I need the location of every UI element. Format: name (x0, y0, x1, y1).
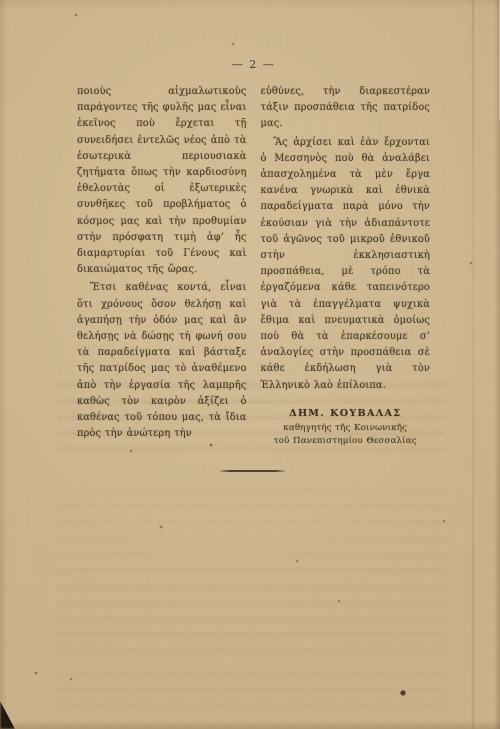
bottom-left-corner-shadow (0, 701, 15, 729)
scanned-document-page: — 2 — ποιοὺς αἰχμαλωτικοὺς παράγοντες τῆ… (0, 0, 500, 729)
paragraph-continuation: ποιοὺς αἰχμαλωτικοὺς παράγοντες τῆς φυλῆ… (77, 84, 247, 278)
foxing-specks (0, 0, 2, 2)
text-columns: ποιοὺς αἰχμαλωτικοὺς παράγοντες τῆς φυλῆ… (77, 84, 430, 448)
signature-name: ΔΗΜ. ΚΟΥΒΑΛΑΣ (261, 406, 431, 422)
left-column: ποιοὺς αἰχμαλωτικοὺς παράγοντες τῆς φυλῆ… (77, 84, 247, 448)
reverse-side-show-through (58, 488, 445, 658)
paragraph-continuation: εὐθύνες, τὴν διαρκεστέραν τάξιν προσπάθε… (261, 84, 431, 133)
page-number: — 2 — (77, 58, 430, 71)
paragraph: Ἂς ἀρχίσει καὶ ἐὰν ἔρχονται ὁ Μεσσηνὸς π… (261, 135, 431, 394)
reverse-side-show-through (58, 672, 445, 712)
signature-affiliation: τοῦ Πανεπιστημίου Θεσσαλίας (261, 435, 431, 448)
right-column: εὐθύνες, τὴν διαρκεστέραν τάξιν προσπάθε… (261, 84, 431, 448)
signature-block: ΔΗΜ. ΚΟΥΒΑΛΑΣ καθηγητὴς τῆς Κοινωνικῆς τ… (261, 406, 431, 448)
section-divider-rule (220, 470, 285, 472)
signature-title: καθηγητὴς τῆς Κοινωνικῆς (261, 422, 431, 435)
vertical-crease (472, 0, 474, 729)
paragraph: Ἔτσι καθένας κοντά, εἶναι ὅτι χρόνους ὅσ… (77, 280, 247, 442)
